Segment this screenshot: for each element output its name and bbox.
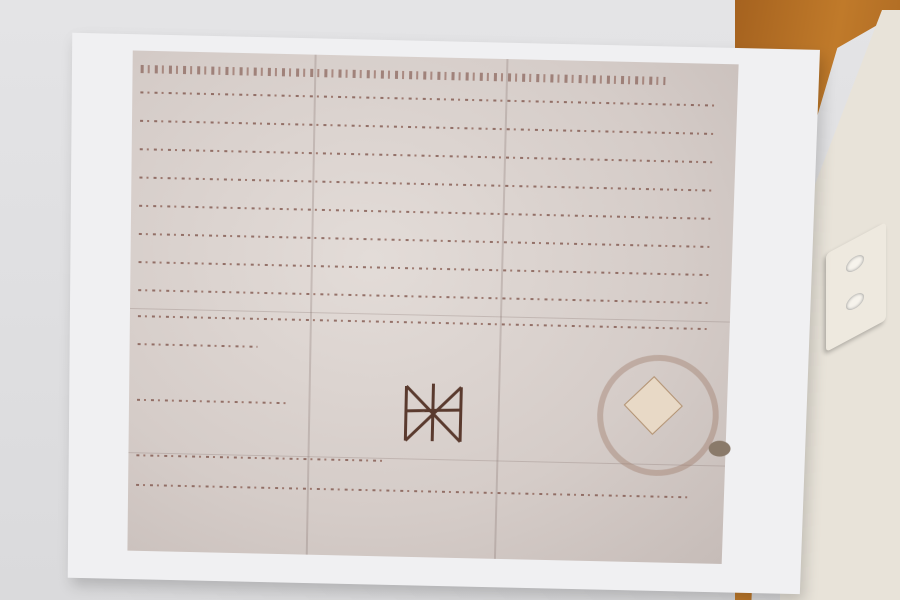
mounting-board	[68, 33, 820, 594]
socket-icon	[846, 290, 864, 314]
script-line	[138, 343, 258, 348]
fold-line	[306, 55, 317, 555]
script-line	[138, 315, 708, 330]
fold-line	[494, 59, 509, 559]
script-line	[139, 261, 710, 276]
script-line	[137, 399, 287, 404]
script-line	[140, 148, 713, 163]
script-line-title	[141, 65, 666, 85]
script-line	[140, 91, 715, 106]
socket-icon	[846, 252, 864, 276]
karolus-monogram-icon	[395, 381, 476, 452]
script-line	[139, 177, 712, 192]
script-line	[138, 289, 708, 304]
fold-line	[130, 308, 730, 323]
script-line	[136, 484, 692, 498]
script-line	[139, 233, 711, 248]
charter-reproduction	[127, 50, 738, 563]
script-line	[140, 120, 714, 135]
script-line	[139, 205, 711, 220]
parchment-hole	[708, 440, 730, 456]
